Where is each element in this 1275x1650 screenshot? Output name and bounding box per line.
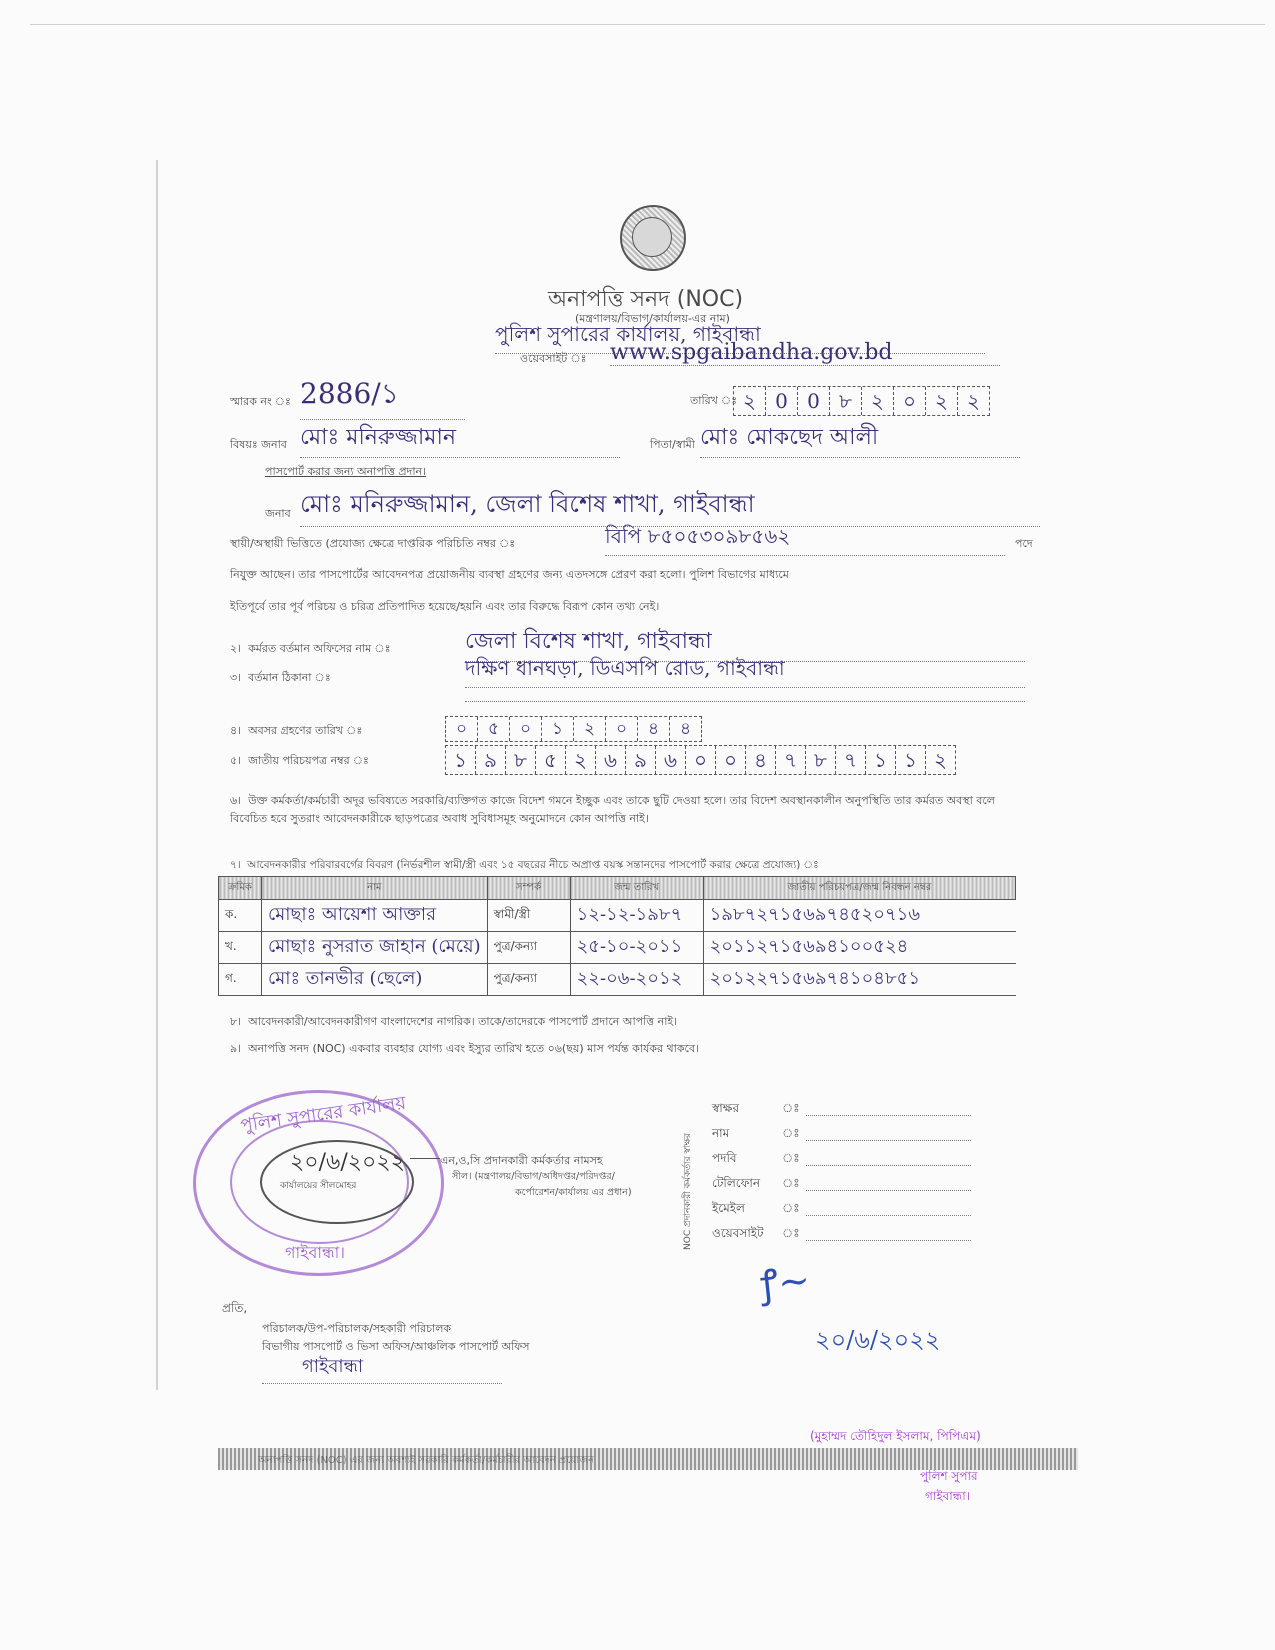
stamp-bottom-text: গাইবান্ধা। — [285, 1240, 345, 1267]
para-8: ৮। আবেদনকারী/আবেদনকারীগণ বাংলাদেশের নাগর… — [230, 1013, 677, 1032]
retirement-digit: ৪ — [670, 717, 701, 741]
memo-number: 2886/১ — [300, 372, 465, 420]
officer-field-line — [806, 1114, 971, 1116]
website-label: ওয়েবসাইট ঃ — [520, 350, 587, 369]
officer-field: নামঃ — [712, 1120, 971, 1145]
janab-value: মোঃ মনিরুজ্জামান, জেলা বিশেষ শাখা, গাইবা… — [300, 486, 1040, 527]
table-row: গ.মোঃ তানভীর (ছেলে)পুত্র/কন্যা২২-০৬-২০১২… — [219, 964, 1016, 996]
nid-digit: ০ — [686, 746, 716, 774]
nid-digit: ৯ — [476, 746, 506, 774]
date-digit: 0 — [798, 387, 830, 415]
officer-field: টেলিফোনঃ — [712, 1170, 971, 1195]
retirement-digit: ৫ — [478, 717, 510, 741]
address-extra-line — [465, 700, 1025, 702]
signatory-place: গাইবান্ধা। — [925, 1488, 970, 1508]
officer-field-label: টেলিফোন — [712, 1175, 782, 1195]
scan-margin-line — [156, 160, 158, 1390]
date-digit: ৮ — [830, 387, 862, 415]
officer-field-line — [806, 1164, 971, 1166]
nid-digit: ১ — [446, 746, 476, 774]
subject-name-label: বিষয়ঃ জনাব — [230, 436, 287, 455]
officer-vertical-label: NOC প্রদানকারী কর্মকর্তার স্বাক্ষর — [680, 1133, 695, 1250]
cell-dob: ১২-১২-১৯৮৭ — [570, 900, 703, 932]
father-label: পিতা/স্বামী — [650, 436, 695, 455]
janab-label: জনাব — [265, 505, 291, 524]
permanent-line: স্থায়ী/অস্থায়ী ভিত্তিতে (প্রযোজ্য ক্ষে… — [230, 535, 515, 554]
stamp-date: ২০/৬/২০২২ — [290, 1145, 405, 1182]
field-5-label: ৫। জাতীয় পরিচয়পত্র নম্বর ঃ — [230, 752, 369, 771]
cell-id: ২০১১২৭১৫৬৯৪১০০৫২৪ — [703, 932, 1016, 964]
cell-serial: ক. — [219, 900, 262, 932]
officer-field: পদবিঃ — [712, 1145, 971, 1170]
officer-field-label: স্বাক্ষর — [712, 1100, 782, 1120]
signatory-name: (মুহাম্মদ তৌহিদুল ইসলাম, পিপিএম) — [810, 1428, 981, 1448]
nid-digit: ৫ — [536, 746, 566, 774]
nid-boxes: ১৯৮৫২৬৯৬০০৪৭৮৭১১২ — [445, 745, 956, 775]
officer-field: স্বাক্ষরঃ — [712, 1095, 971, 1120]
footer-strip: অনাপত্তি সনদ (NOC) এর জন্য অবশ্যই সরকারি… — [218, 1448, 1078, 1470]
table-row: ক.মোছাঃ আয়েশা আক্তারস্বামী/স্ত্রী১২-১২-… — [219, 900, 1016, 932]
family-table-wrap: ক্রমিকনামসম্পর্কজন্ম তারিখজাতীয় পরিচয়প… — [218, 876, 1016, 996]
nid-digit: ০ — [716, 746, 746, 774]
officer-field: ওয়েবসাইটঃ — [712, 1220, 971, 1245]
para-9: ৯। অনাপত্তি সনদ (NOC) একবার ব্যবহার যোগ্… — [230, 1040, 699, 1059]
recipient-line-1: পরিচালক/উপ-পরিচালক/সহকারী পরিচালক — [262, 1320, 451, 1339]
cell-id: ২০১২২৭১৫৬৯৭৪১০৪৮৫১ — [703, 964, 1016, 996]
date-digit: ২ — [862, 387, 894, 415]
retirement-digit: ০ — [606, 717, 638, 741]
nid-digit: ২ — [566, 746, 596, 774]
retirement-digit: ৪ — [638, 717, 670, 741]
cell-id: ১৯৮৭২৭১৫৬৯৭৪৫২০৭১৬ — [703, 900, 1016, 932]
table-row: খ.মোছাঃ নুসরাত জাহান (মেয়ে)পুত্র/কন্যা২… — [219, 932, 1016, 964]
recipient-line-3: গাইবান্ধা — [262, 1352, 502, 1384]
cell-relation: স্বামী/স্ত্রী — [487, 900, 570, 932]
field-2-label: ২। কর্মরত বর্তমান অফিসের নাম ঃ — [230, 640, 390, 659]
officer-field-sep: ঃ — [782, 1125, 806, 1145]
father-name: মোঃ মোকছেদ আলী — [700, 420, 1020, 458]
subject-line: পাসপোর্ট করার জন্য অনাপত্তি প্রদান। — [265, 463, 426, 482]
nid-digit: ৪ — [746, 746, 776, 774]
cell-relation: পুত্র/কন্যা — [487, 964, 570, 996]
officer-field-sep: ঃ — [782, 1175, 806, 1195]
nid-digit: ১ — [896, 746, 926, 774]
seal-caption-2: সীল। (মন্ত্রণালয়/বিভাগ/অধিদপ্তর/পরিদপ্ত… — [452, 1170, 615, 1185]
officer-fields: স্বাক্ষরঃনামঃপদবিঃটেলিফোনঃইমেইলঃওয়েবসাই… — [712, 1095, 971, 1245]
officer-field-sep: ঃ — [782, 1150, 806, 1170]
cell-name: মোছাঃ নুসরাত জাহান (মেয়ে) — [262, 932, 488, 964]
officer-field-sep: ঃ — [782, 1225, 806, 1245]
table-header: জাতীয় পরিচয়পত্র/জন্ম নিবন্ধন নম্বর — [703, 877, 1016, 900]
body-line-4: ইতিপূর্বে তার পূর্ব পরিচয় ও চরিত্র প্রত… — [230, 598, 659, 617]
cell-relation: পুত্র/কন্যা — [487, 932, 570, 964]
memo-label: স্মারক নং ঃ — [230, 393, 291, 412]
retirement-digit: ০ — [510, 717, 542, 741]
field-4-label: ৪। অবসর গ্রহণের তারিখ ঃ — [230, 722, 362, 741]
officer-field: ইমেইলঃ — [712, 1195, 971, 1220]
cell-name: মোঃ তানভীর (ছেলে) — [262, 964, 488, 996]
cell-dob: ২২-০৬-২০১২ — [570, 964, 703, 996]
nid-digit: ৭ — [776, 746, 806, 774]
nid-digit: ৬ — [596, 746, 626, 774]
cell-name: মোছাঃ আয়েশা আক্তার — [262, 900, 488, 932]
cell-dob: ২৫-১০-২০১১ — [570, 932, 703, 964]
date-digit: 0 — [766, 387, 798, 415]
date-digit: ২ — [926, 387, 958, 415]
signature-date: ২০/৬/২০২২ — [815, 1322, 940, 1362]
officer-field-line — [806, 1139, 971, 1141]
website-value: www.spgaibandha.gov.bd — [610, 340, 1000, 366]
nid-digit: ৯ — [626, 746, 656, 774]
retirement-digit: ১ — [542, 717, 574, 741]
officer-field-sep: ঃ — [782, 1100, 806, 1120]
post-suffix: পদে — [1015, 535, 1033, 554]
table-header: নাম — [262, 877, 488, 900]
issue-date-boxes: ২00৮২০২২ — [733, 386, 990, 416]
para-6: ৬। উক্ত কর্মকর্তা/কর্মচারী অদূর ভবিষ্যতে… — [230, 792, 1030, 828]
nid-digit: ৭ — [836, 746, 866, 774]
retirement-digit: ২ — [574, 717, 606, 741]
cell-serial: গ. — [219, 964, 262, 996]
family-table: ক্রমিকনামসম্পর্কজন্ম তারিখজাতীয় পরিচয়প… — [218, 876, 1016, 996]
date-digit: ০ — [894, 387, 926, 415]
officer-field-label: নাম — [712, 1125, 782, 1145]
date-digit: ২ — [958, 387, 989, 415]
table-header: জন্ম তারিখ — [570, 877, 703, 900]
nid-digit: ৮ — [506, 746, 536, 774]
table-header: ক্রমিক — [219, 877, 262, 900]
officer-field-label: ইমেইল — [712, 1200, 782, 1220]
address-value: দক্ষিণ ধানঘড়া, ডিএসপি রোড, গাইবান্ধা — [465, 654, 1025, 688]
cell-serial: খ. — [219, 932, 262, 964]
table-header: সম্পর্ক — [487, 877, 570, 900]
seal-caption-3: কর্পোরেশন/কার্যালয় এর প্রধান) — [515, 1186, 632, 1201]
officer-field-line — [806, 1189, 971, 1191]
officer-field-line — [806, 1239, 971, 1241]
signature-scribble: ꝭ~ — [757, 1253, 812, 1310]
date-digit: ২ — [734, 387, 766, 415]
page-top-edge — [30, 24, 1265, 25]
officer-field-label: ওয়েবসাইট — [712, 1225, 782, 1245]
nid-digit: ৮ — [806, 746, 836, 774]
seal-pointer-line — [410, 1158, 440, 1159]
body-line-3: নিযুক্ত আছেন। তার পাসপোর্টের আবেদনপত্র প… — [230, 566, 789, 585]
applicant-name: মোঃ মনিরুজ্জামান — [300, 420, 620, 458]
government-seal-icon — [620, 205, 686, 271]
nid-digit: ২ — [926, 746, 955, 774]
field-3-label: ৩। বর্তমান ঠিকানা ঃ — [230, 669, 331, 688]
signatory-designation: পুলিশ সুপার — [920, 1468, 978, 1488]
nid-digit: ৬ — [656, 746, 686, 774]
retirement-date-boxes: ০৫০১২০৪৪ — [445, 716, 702, 742]
para-7: ৭। আবেদনকারীর পরিবারবর্গের বিবরণ (নির্ভর… — [230, 858, 819, 875]
officer-field-label: পদবি — [712, 1150, 782, 1170]
stamp-inner-label: কার্যালয়ের সীলমোহর — [280, 1178, 356, 1193]
seal-caption-1: এন,ও,সি প্রদানকারী কর্মকর্তার নামসহ — [440, 1152, 603, 1171]
officer-field-line — [806, 1214, 971, 1216]
date-label: তারিখ ঃ — [690, 392, 737, 411]
nid-digit: ১ — [866, 746, 896, 774]
official-id: বিপি ৮৫০৫৩০৯৮৫৬২ — [605, 522, 1005, 556]
retirement-digit: ০ — [446, 717, 478, 741]
recipient-prefix: প্রতি, — [222, 1300, 247, 1320]
officer-field-sep: ঃ — [782, 1200, 806, 1220]
